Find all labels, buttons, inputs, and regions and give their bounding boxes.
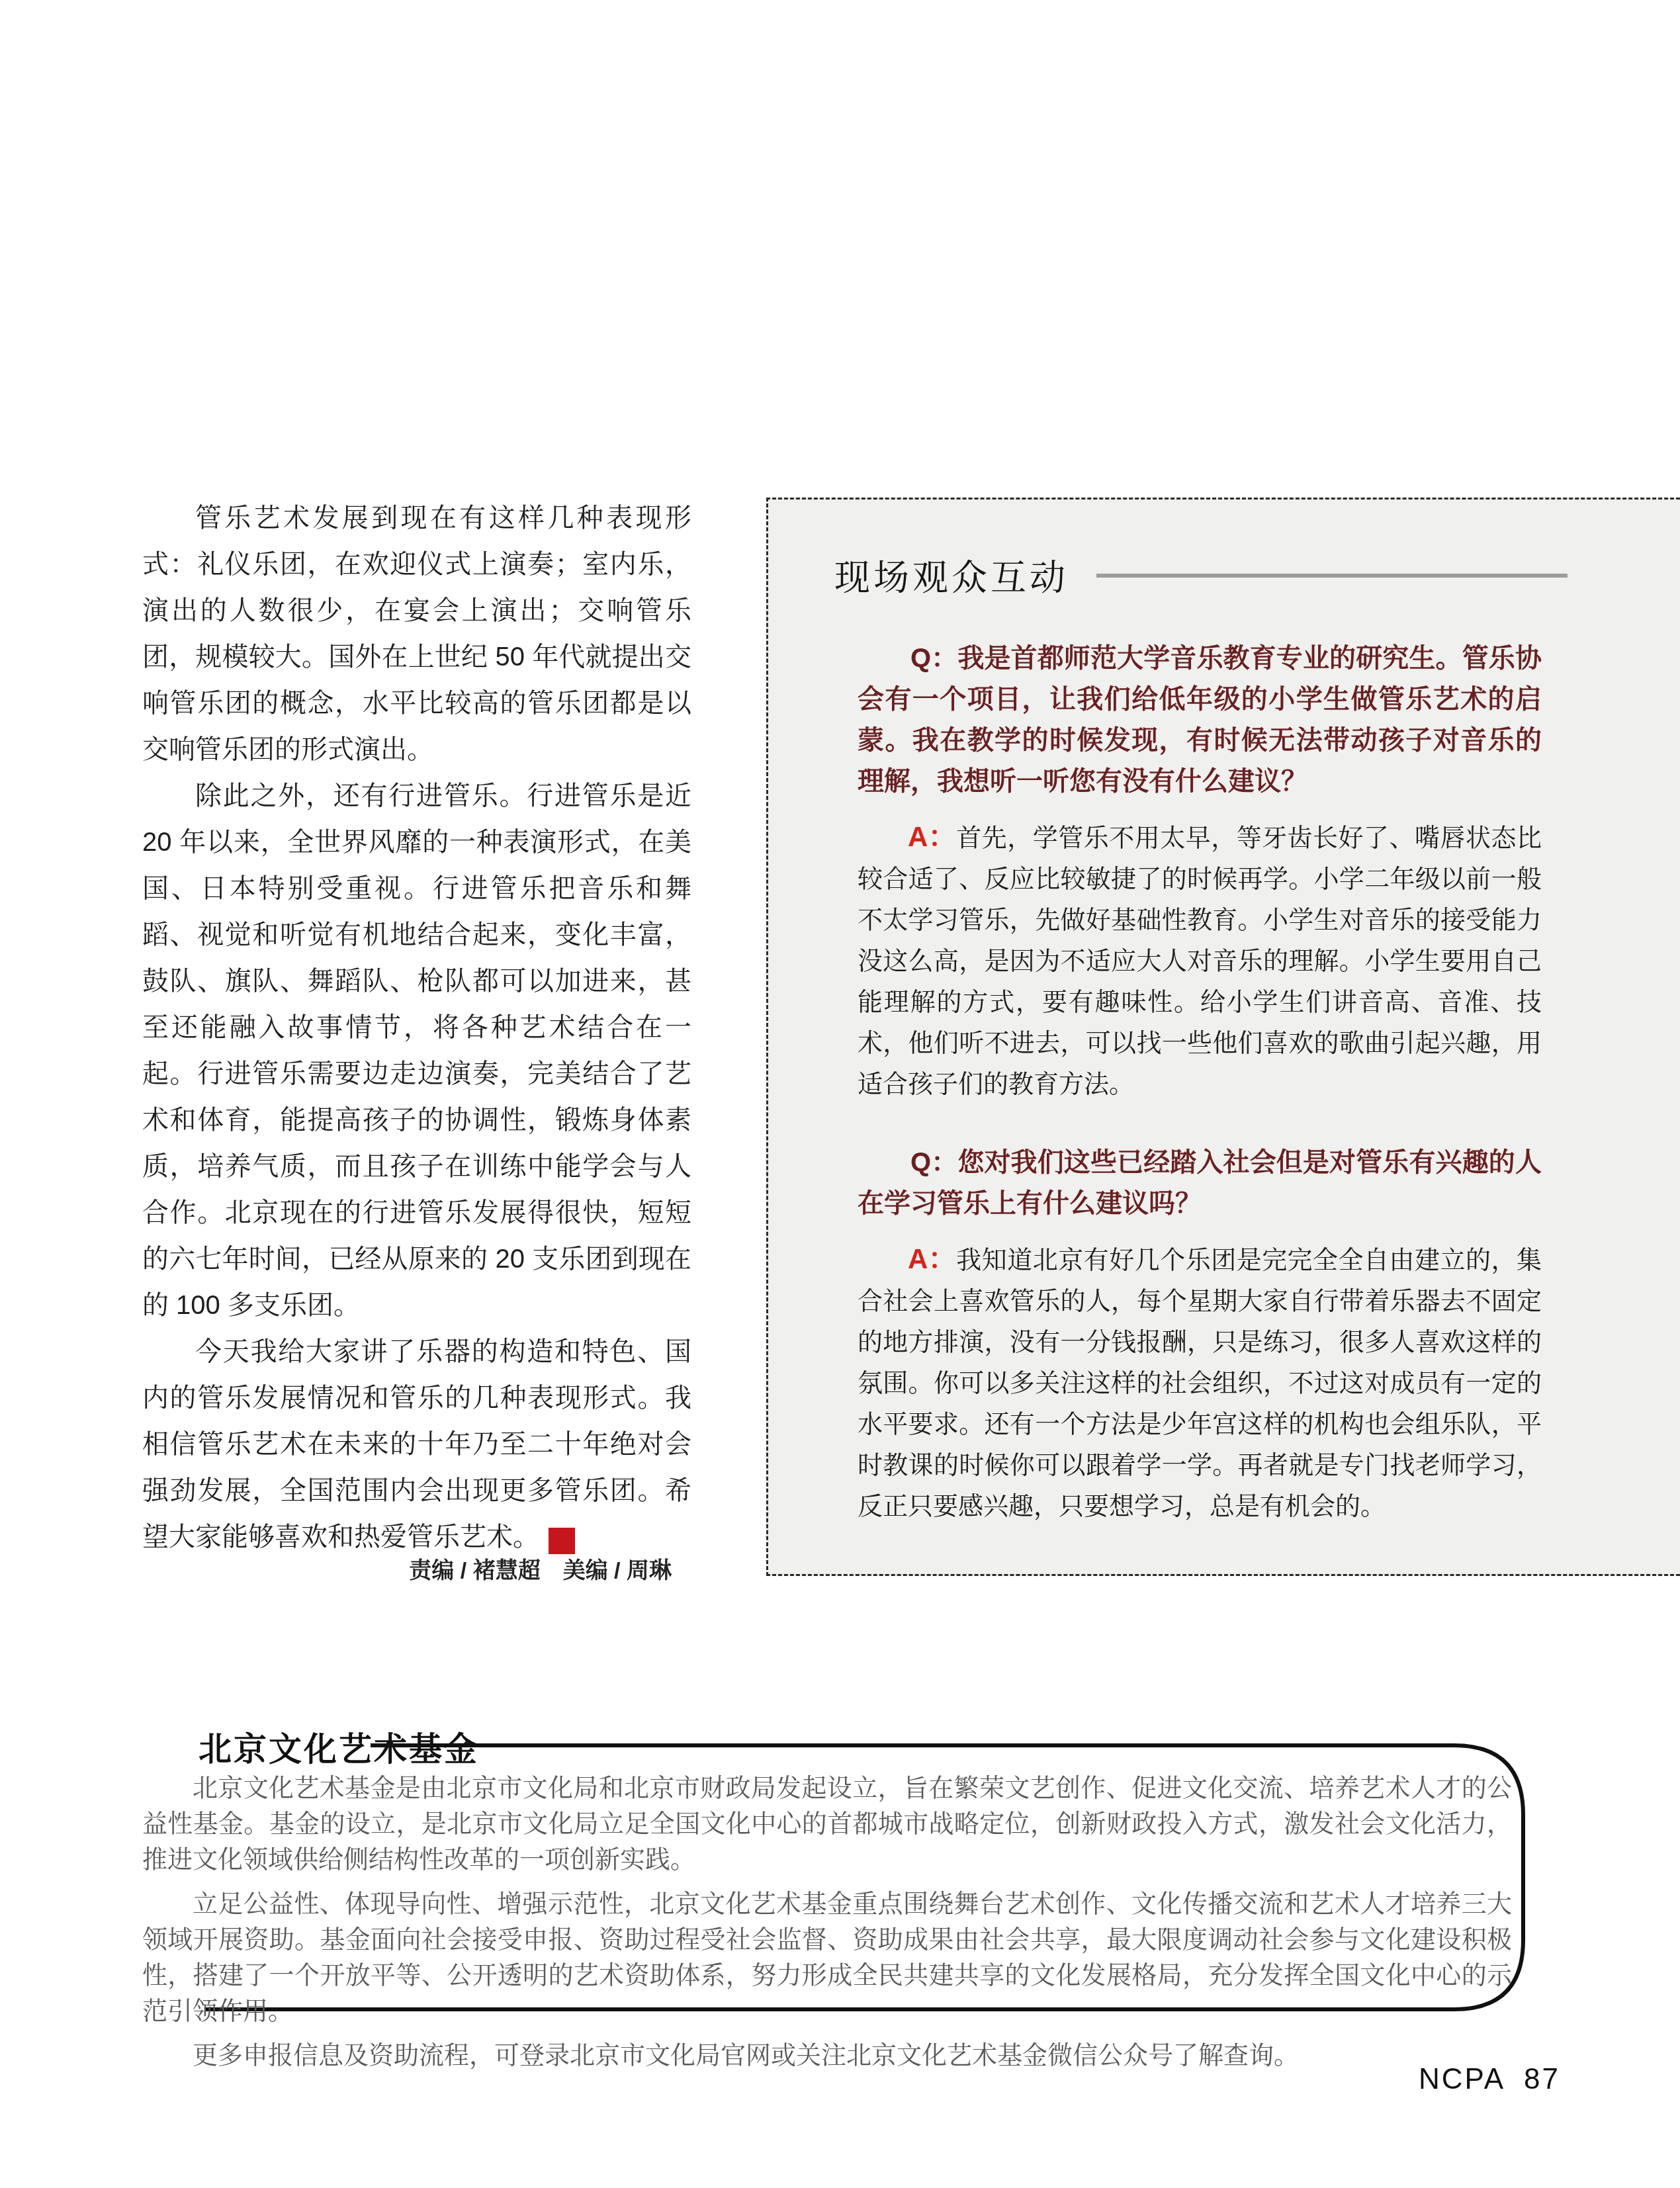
answer-marker: A： <box>908 1243 956 1274</box>
paragraph-text: 今天我给大家讲了乐器的构造和特色、国内的管乐发展情况和管乐的几种表现形式。我相信… <box>142 1337 691 1552</box>
question-marker: Q： <box>910 644 957 673</box>
article-paragraph: 管乐艺术发展到现在有这样几种表现形式：礼仪乐团，在欢迎仪式上演奏；室内乐，演出的… <box>142 495 691 773</box>
fund-paragraph: 北京文化艺术基金是由北京市文化局和北京市财政局发起设立，旨在繁荣文艺创作、促进文… <box>142 1771 1512 1878</box>
fund-paragraph: 更多申报信息及资助流程，可登录北京市文化局官网或关注北京文化艺术基金微信公众号了… <box>142 2038 1512 2074</box>
question-text: 您对我们这些已经踏入社会但是对管乐有兴趣的人在学习管乐上有什么建议吗？ <box>858 1148 1542 1218</box>
fund-body: 北京文化艺术基金是由北京市文化局和北京市财政局发起设立，旨在繁荣文艺创作、促进文… <box>142 1771 1512 2082</box>
ncpa-end-mark-line2: PA <box>549 1541 575 1552</box>
answer-text: 首先，学管乐不用太早，等牙齿长好了、嘴唇状态比较合适了、反应比较敏捷了的时候再学… <box>858 824 1542 1098</box>
page-footer: NCPA87 <box>1419 2063 1560 2096</box>
question-paragraph: Q：我是首都师范大学音乐教育专业的研究生。管乐协会有一个项目，让我们给低年级的小… <box>858 638 1542 802</box>
question-text: 我是首都师范大学音乐教育专业的研究生。管乐协会有一个项目，让我们给低年级的小学生… <box>858 644 1542 796</box>
magazine-page: 管乐艺术发展到现在有这样几种表现形式：礼仪乐团，在欢迎仪式上演奏；室内乐，演出的… <box>0 0 1680 2188</box>
article-paragraph: 除此之外，还有行进管乐。行进管乐是近 20 年以来，全世界风靡的一种表演形式，在… <box>142 773 691 1329</box>
question-marker: Q： <box>910 1148 957 1177</box>
article-left-column: 管乐艺术发展到现在有这样几种表现形式：礼仪乐团，在欢迎仪式上演奏；室内乐，演出的… <box>142 495 691 1560</box>
ncpa-end-mark-icon: NCPA <box>549 1528 575 1554</box>
fund-box: 北京文化艺术基金 北京文化艺术基金是由北京市文化局和北京市财政局发起设立，旨在繁… <box>126 1707 1568 2038</box>
byline: 责编 / 褚慧超 美编 / 周琳 <box>142 1552 672 1585</box>
footer-page-number: 87 <box>1524 2063 1560 2095</box>
qa-heading-row: 现场观众互动 <box>834 550 1568 601</box>
answer-paragraph: A：我知道北京有好几个乐团是完完全全自由建立的，集合社会上喜欢管乐的人，每个星期… <box>858 1239 1542 1527</box>
heading-rule-line <box>1096 574 1568 578</box>
qa-heading: 现场观众互动 <box>834 550 1069 601</box>
answer-marker: A： <box>908 821 956 852</box>
fund-title: 北京文化艺术基金 <box>199 1723 479 1771</box>
paragraph-text: 除此之外，还有行进管乐。行进管乐是近 20 年以来，全世界风靡的一种表演形式，在… <box>142 781 691 1320</box>
answer-text: 我知道北京有好几个乐团是完完全全自由建立的，集合社会上喜欢管乐的人，每个星期大家… <box>858 1247 1542 1520</box>
question-paragraph: Q：您对我们这些已经踏入社会但是对管乐有兴趣的人在学习管乐上有什么建议吗？ <box>858 1142 1542 1224</box>
footer-brand: NCPA <box>1419 2063 1505 2095</box>
qa-content: Q：我是首都师范大学音乐教育专业的研究生。管乐协会有一个项目，让我们给低年级的小… <box>858 638 1542 1527</box>
fund-paragraph: 立足公益性、体现导向性、增强示范性，北京文化艺术基金重点围绕舞台艺术创作、文化传… <box>142 1886 1512 2029</box>
answer-paragraph: A：首先，学管乐不用太早，等牙齿长好了、嘴唇状态比较合适了、反应比较敏捷了的时候… <box>858 816 1542 1105</box>
paragraph-text: 管乐艺术发展到现在有这样几种表现形式：礼仪乐团，在欢迎仪式上演奏；室内乐，演出的… <box>142 503 691 764</box>
ncpa-end-mark-line1: NC <box>549 1530 575 1541</box>
article-paragraph: 今天我给大家讲了乐器的构造和特色、国内的管乐发展情况和管乐的几种表现形式。我相信… <box>142 1329 691 1560</box>
audience-qa-box: 现场观众互动 Q：我是首都师范大学音乐教育专业的研究生。管乐协会有一个项目，让我… <box>766 498 1680 1576</box>
